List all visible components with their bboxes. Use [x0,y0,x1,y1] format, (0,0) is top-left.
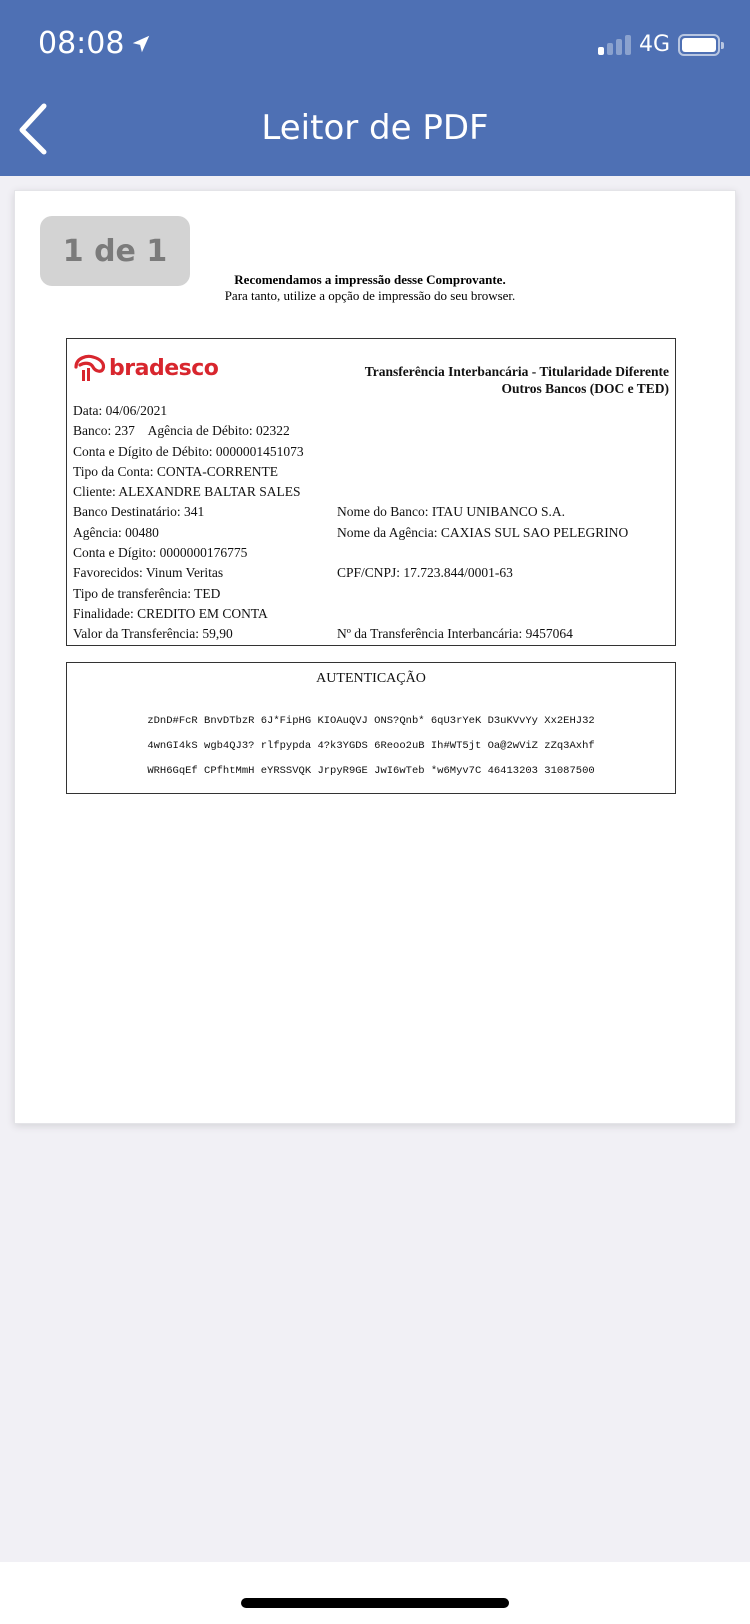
receipt-title-line2: Outros Bancos (DOC e TED) [365,380,669,397]
authentication-box: AUTENTICAÇÃO zDnD#FcR BnvDTbzR 6J*FipHG … [66,662,676,794]
receipt-row: Cliente: ALEXANDRE BALTAR SALES [73,482,669,502]
auth-line: zDnD#FcR BnvDTbzR 6J*FipHG KIOAuQVJ ONS?… [67,709,675,734]
receipt-title-line1: Transferência Interbancária - Titularida… [365,363,669,380]
recommend-bold: Recomendamos a impressão desse Comprovan… [200,272,540,288]
bottom-safe-area [0,1562,750,1624]
receipt-row: Valor da Transferência: 59,90Nº da Trans… [73,624,669,644]
row-right: Nº da Transferência Interbancária: 94570… [337,624,573,644]
page-title: Leitor de PDF [0,108,750,148]
row-left: Conta e Dígito: 0000000176775 [73,543,247,563]
row-right: Nome do Banco: ITAU UNIBANCO S.A. [337,502,565,522]
auth-code: zDnD#FcR BnvDTbzR 6J*FipHG KIOAuQVJ ONS?… [67,709,675,784]
receipt-row: Data: 04/06/2021 [73,401,669,421]
logo-text: bradesco [109,356,218,381]
receipt-row: Banco: 237 Agência de Débito: 02322 [73,421,669,441]
row-right: CPF/CNPJ: 17.723.844/0001-63 [337,563,513,583]
home-indicator[interactable] [241,1598,509,1608]
recommend-text: Para tanto, utilize a opção de impressão… [200,288,540,304]
status-time: 08:08 [38,26,152,61]
receipt-row: Conta e Dígito: 0000000176775 [73,543,669,563]
row-left: Tipo da Conta: CONTA-CORRENTE [73,462,278,482]
status-indicators: 4G [598,32,720,57]
auth-line: 4wnGI4kS wgb4QJ3? rlfpypda 4?k3YGDS 6Reo… [67,734,675,759]
cellular-signal-icon [598,35,631,55]
row-left: Cliente: ALEXANDRE BALTAR SALES [73,482,301,502]
row-left: Agência: 00480 [73,523,159,543]
row-left: Finalidade: CREDITO EM CONTA [73,604,268,624]
bradesco-logo: bradesco [73,353,218,383]
receipt-row: Favorecidos: Vinum VeritasCPF/CNPJ: 17.7… [73,563,669,583]
row-left: Banco Destinatário: 341 [73,502,204,522]
row-right: Nome da Agência: CAXIAS SUL SAO PELEGRIN… [337,523,628,543]
receipt-row: Tipo de transferência: TED [73,584,669,604]
clock: 08:08 [38,26,124,61]
receipt-row: Conta e Dígito de Débito: 0000001451073 [73,442,669,462]
location-arrow-icon [130,33,152,55]
row-left: Banco: 237 Agência de Débito: 02322 [73,421,290,441]
page-indicator: 1 de 1 [40,216,190,286]
receipt-title: Transferência Interbancária - Titularida… [365,363,669,397]
receipt-row: Finalidade: CREDITO EM CONTA [73,604,669,624]
app-header: 08:08 4G Leitor de PDF [0,0,750,176]
print-recommendation: Recomendamos a impressão desse Comprovan… [200,272,540,304]
receipt-rows: Data: 04/06/2021 Banco: 237 Agência de D… [73,401,669,645]
row-left: Valor da Transferência: 59,90 [73,624,233,644]
row-left: Data: 04/06/2021 [73,401,167,421]
row-left: Conta e Dígito de Débito: 0000001451073 [73,442,304,462]
receipt-row: Agência: 00480Nome da Agência: CAXIAS SU… [73,523,669,543]
row-left: Tipo de transferência: TED [73,584,220,604]
receipt-row: Tipo da Conta: CONTA-CORRENTE [73,462,669,482]
auth-line: WRH6GqEf CPfhtMmH eYRSSVQK JrpyR9GE JwI6… [67,759,675,784]
transfer-receipt: bradesco Transferência Interbancária - T… [66,338,676,646]
row-left: Favorecidos: Vinum Veritas [73,563,223,583]
receipt-row: Banco Destinatário: 341Nome do Banco: IT… [73,502,669,522]
bradesco-tree-icon [73,353,107,383]
network-type: 4G [639,32,670,57]
auth-title: AUTENTICAÇÃO [67,671,675,687]
pdf-page[interactable] [14,190,736,1124]
battery-icon [678,34,720,56]
